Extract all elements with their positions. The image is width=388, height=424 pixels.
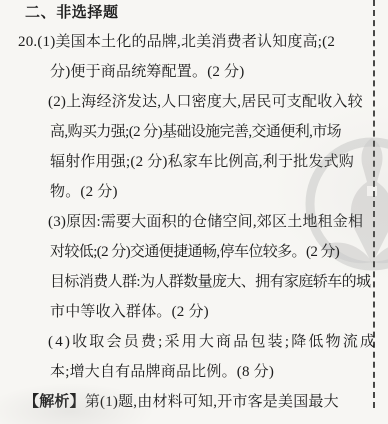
text-line: (3)原因:需要大面积的仓储空间,郊区土地租金相 xyxy=(0,207,372,237)
text-line: 分)便于商品统筹配置。(2 分) xyxy=(0,57,372,87)
text-line: 物。(2 分) xyxy=(0,177,372,207)
text-line: 【解析】第(1)题,由材料可知,开市客是美国最大 xyxy=(0,387,372,417)
text-line: 对较低;(2 分)交通便捷通畅,停车位较多。(2 分) xyxy=(0,237,372,267)
text-line: 辐射作用强;(2 分)私家车比例高,利于批发式购 xyxy=(0,147,372,177)
section-heading: 二、非选择题 xyxy=(0,2,372,27)
text-line: (2)上海经济发达,人口密度大,居民可支配收入较 xyxy=(0,87,372,117)
answer-lines: 二、非选择题20.(1)美国本土化的品牌,北美消费者认知度高;(2分)便于商品统… xyxy=(0,2,372,417)
text-line: 市中等收入群体。(2 分) xyxy=(0,297,372,327)
text-line: (4)收取会员费;采用大商品包装;降低物流成 xyxy=(0,327,372,357)
text-line: 20.(1)美国本土化的品牌,北美消费者认知度高;(2 xyxy=(0,27,372,57)
text-line: 高,购买力强;(2 分)基础设施完善,交通便利,市场 xyxy=(0,117,372,147)
text-line: 本;增大自有品牌商品比例。(8 分) xyxy=(0,357,372,387)
line-text: 第(1)题,由材料可知,开市客是美国最大 xyxy=(85,394,339,410)
analysis-label: 【解析】 xyxy=(24,394,85,410)
text-line: 目标消费人群:为人群数量庞大、拥有家庭轿车的城 xyxy=(0,267,372,297)
scanned-answer-key-page: 二、非选择题20.(1)美国本土化的品牌,北美消费者认知度高;(2分)便于商品统… xyxy=(0,0,388,424)
